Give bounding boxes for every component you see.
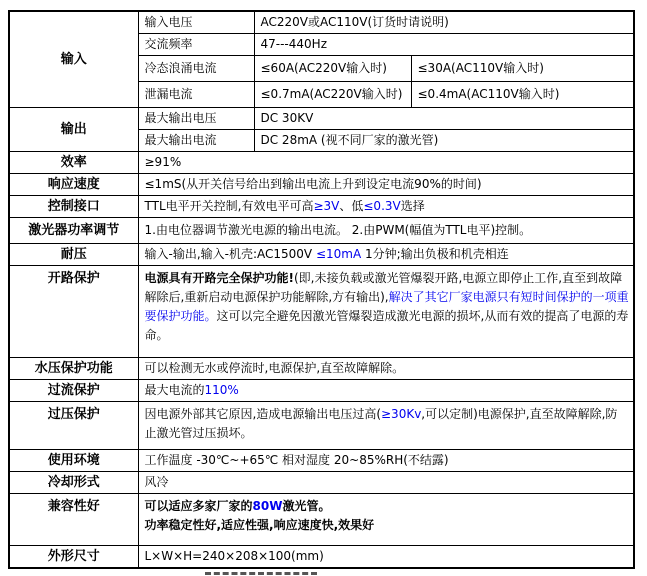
table-row: 效率 ≥91% — [9, 152, 634, 174]
value-leakage-current-110v: ≤0.4mA(AC110V输入时) — [411, 82, 634, 108]
label-dimensions: 外形尺寸 — [9, 546, 138, 569]
value-max-output-voltage: DC 30KV — [254, 108, 634, 130]
label-withstand-voltage: 耐压 — [9, 244, 138, 266]
text-segment: ≤0.3V — [363, 199, 400, 213]
key-max-output-current: 最大输出电流 — [138, 130, 254, 152]
value-compatibility: 可以适应多家厂家的80W激光管。 功率稳定性好,适应性强,响应速度快,效果好 — [138, 494, 634, 546]
value-power-adjustment: 1.由电位器调节激光电源的输出电流。 2.由PWM(幅值为TTL电平)控制。 — [138, 218, 634, 244]
table-row: 冷却形式 风冷 — [9, 472, 634, 494]
key-max-output-voltage: 最大输出电压 — [138, 108, 254, 130]
value-leakage-current-220v: ≤0.7mA(AC220V输入时) — [254, 82, 411, 108]
label-output: 输出 — [9, 108, 138, 152]
value-operating-environment: 工作温度 -30℃~+65℃ 相对湿度 20~85%RH(不结露) — [138, 450, 634, 472]
table-row: 激光器功率调节 1.由电位器调节激光电源的输出电流。 2.由PWM(幅值为TTL… — [9, 218, 634, 244]
value-efficiency: ≥91% — [138, 152, 634, 174]
value-control-interface: TTL电平开关控制,有效电平可高≥3V、低≤0.3V选择 — [138, 196, 634, 218]
value-open-circuit-protection: 电源具有开路完全保护功能!(即,未接负载或激光管爆裂开路,电源立即停止工作,直至… — [138, 266, 634, 358]
value-overvoltage-protection: 因电源外部其它原因,造成电源输出电压过高(≥30Kv,可以定制)电源保护,直至故… — [138, 402, 634, 450]
label-compatibility: 兼容性好 — [9, 494, 138, 546]
table-row: 输出 最大输出电压 DC 30KV — [9, 108, 634, 130]
text-segment: 80W — [253, 499, 283, 513]
text-segment: TTL电平开关控制,有效电平可高 — [145, 199, 314, 213]
text-segment: 这可以完全避免因激光管爆裂造成激光电源的损坏,从而有效的提高了电源的寿命。 — [145, 309, 629, 342]
label-cooling: 冷却形式 — [9, 472, 138, 494]
text-segment: 可以适应多家厂家的 — [145, 499, 253, 513]
table-row: 使用环境 工作温度 -30℃~+65℃ 相对湿度 20~85%RH(不结露) — [9, 450, 634, 472]
label-input: 输入 — [9, 11, 138, 108]
value-withstand-voltage: 输入-输出,输入-机壳:AC1500V ≤10mA 1分钟;输出负极和机壳相连 — [138, 244, 634, 266]
table-row: 过流保护 最大电流的110% — [9, 380, 634, 402]
text-segment: 激光管。 — [282, 499, 330, 513]
compatibility-line-1: 可以适应多家厂家的80W激光管。 — [145, 497, 630, 516]
text-segment: 最大电流的 — [145, 383, 205, 397]
table-row: 耐压 输入-输出,输入-机壳:AC1500V ≤10mA 1分钟;输出负极和机壳… — [9, 244, 634, 266]
text-segment: 1分钟;输出负极和机壳相连 — [361, 247, 509, 261]
value-max-output-current: DC 28mA (视不同厂家的激光管) — [254, 130, 634, 152]
table-row: 开路保护 电源具有开路完全保护功能!(即,未接负载或激光管爆裂开路,电源立即停止… — [9, 266, 634, 358]
label-water-protection: 水压保护功能 — [9, 358, 138, 380]
table-row: 水压保护功能 可以检测无水或停流时,电源保护,直至故障解除。 — [9, 358, 634, 380]
key-input-voltage: 输入电压 — [138, 11, 254, 34]
value-inrush-current-110v: ≤30A(AC110V输入时) — [411, 56, 634, 82]
value-water-protection: 可以检测无水或停流时,电源保护,直至故障解除。 — [138, 358, 634, 380]
table-row: 外形尺寸 L×W×H=240×208×100(mm) — [9, 546, 634, 569]
value-cooling: 风冷 — [138, 472, 634, 494]
text-segment: 、低 — [339, 199, 363, 213]
label-overcurrent-protection: 过流保护 — [9, 380, 138, 402]
label-open-circuit-protection: 开路保护 — [9, 266, 138, 358]
value-dimensions: L×W×H=240×208×100(mm) — [138, 546, 634, 569]
text-segment: 输入-输出,输入-机壳:AC1500V — [145, 247, 316, 261]
text-segment: ≤10mA — [316, 247, 361, 261]
table-row: 兼容性好 可以适应多家厂家的80W激光管。 功率稳定性好,适应性强,响应速度快,… — [9, 494, 634, 546]
spec-table: 输入 输入电压 AC220V或AC110V(订货时请说明) 交流频率 47---… — [8, 10, 635, 569]
compatibility-line-2: 功率稳定性好,适应性强,响应速度快,效果好 — [145, 516, 630, 535]
label-response-speed: 响应速度 — [9, 174, 138, 196]
text-segment: ≥30Kv — [381, 407, 421, 421]
table-row: 过压保护 因电源外部其它原因,造成电源输出电压过高(≥30Kv,可以定制)电源保… — [9, 402, 634, 450]
key-ac-frequency: 交流频率 — [138, 34, 254, 56]
key-leakage-current: 泄漏电流 — [138, 82, 254, 108]
label-efficiency: 效率 — [9, 152, 138, 174]
table-row: 响应速度 ≤1mS(从开关信号给出到输出电流上升到设定电流90%的时间) — [9, 174, 634, 196]
table-row: 控制接口 TTL电平开关控制,有效电平可高≥3V、低≤0.3V选择 — [9, 196, 634, 218]
text-segment: 选择 — [401, 199, 425, 213]
text-segment: 因电源外部其它原因,造成电源输出电压过高( — [145, 407, 382, 421]
text-segment: 电源具有开路完全保护功能! — [145, 271, 294, 285]
table-row: 输入 输入电压 AC220V或AC110V(订货时请说明) — [9, 11, 634, 34]
label-power-adjustment: 激光器功率调节 — [9, 218, 138, 244]
key-inrush-current: 冷态浪涌电流 — [138, 56, 254, 82]
label-overvoltage-protection: 过压保护 — [9, 402, 138, 450]
cut-off-text-artifact — [205, 572, 317, 576]
label-operating-environment: 使用环境 — [9, 450, 138, 472]
text-segment: 110% — [205, 383, 239, 397]
text-segment: ≥3V — [313, 199, 339, 213]
value-input-voltage: AC220V或AC110V(订货时请说明) — [254, 11, 634, 34]
value-overcurrent-protection: 最大电流的110% — [138, 380, 634, 402]
value-response-speed: ≤1mS(从开关信号给出到输出电流上升到设定电流90%的时间) — [138, 174, 634, 196]
label-control-interface: 控制接口 — [9, 196, 138, 218]
value-ac-frequency: 47---440Hz — [254, 34, 634, 56]
value-inrush-current-220v: ≤60A(AC220V输入时) — [254, 56, 411, 82]
